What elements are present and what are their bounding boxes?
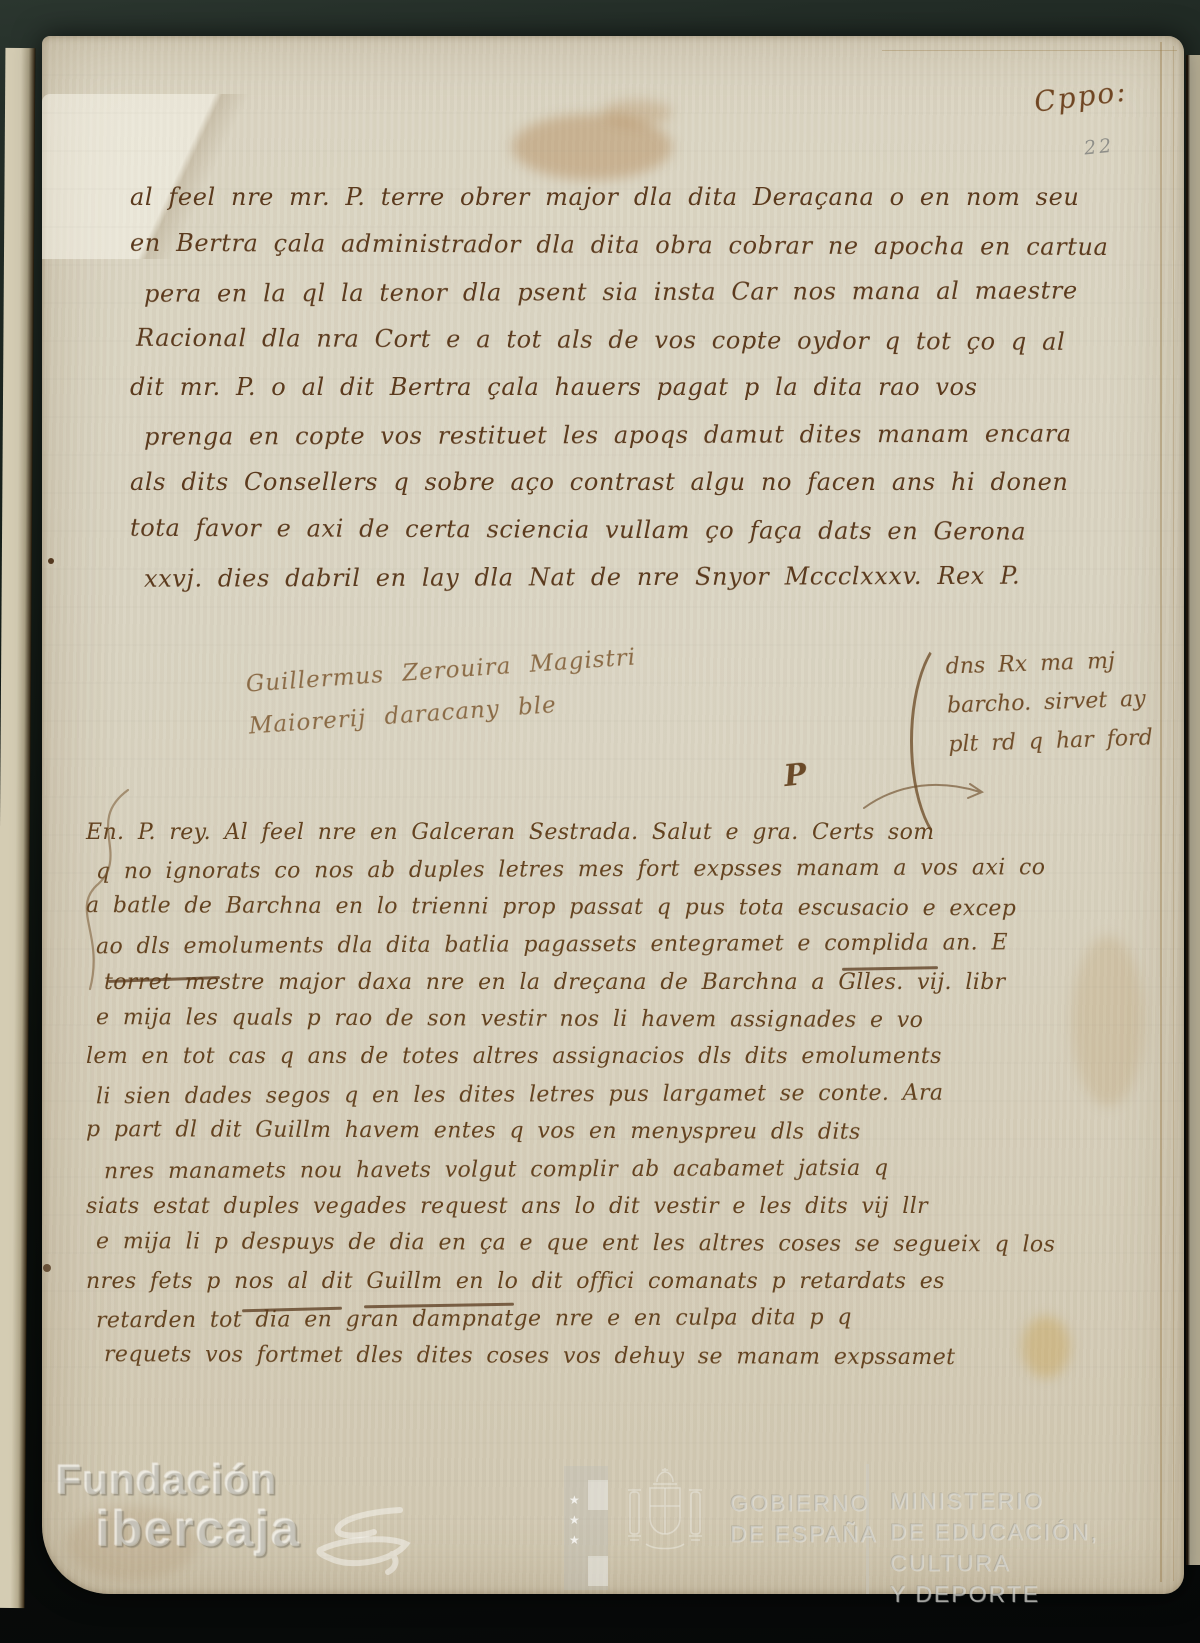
paragraph-1-line: prenga en copte vos restituet les apoqs … xyxy=(130,410,1160,461)
flag-strip-icon: ★★★ xyxy=(564,1466,608,1590)
paragraph-1-line: pera en la ql la tenor dla psent sia ins… xyxy=(130,267,1160,318)
ink-blot xyxy=(43,1264,51,1272)
flag-strip-notch xyxy=(588,1480,608,1510)
ministerio-label: MINISTERIODE EDUCACIÓN, CULTURAY DEPORTE xyxy=(890,1486,1184,1610)
ibercaja-watermark-line2: ibercaja xyxy=(96,1500,301,1558)
paragraph-1-line: dit mr. P. o al dit Bertra çala hauers p… xyxy=(130,364,1160,412)
ministerio-label-line: MINISTERIO xyxy=(890,1486,1184,1517)
photo-background: Cppo: 22 al feel nre mr. P. terre obrer … xyxy=(0,0,1200,1643)
gobierno-label-line: GOBIERNO xyxy=(730,1488,878,1519)
book-page-stack-left xyxy=(0,48,35,1608)
chancery-note-line: plt rd q har ford xyxy=(948,718,1154,764)
paragraph-2-line: requets vos fortmet dles dites coses vos… xyxy=(86,1336,1176,1377)
gobierno-label-line: DE ESPAÑA xyxy=(730,1519,878,1550)
paragraph-2-line: li sien dades segos q en les dites letre… xyxy=(86,1073,1176,1115)
ministerio-label-line: Y DEPORTE xyxy=(890,1579,1184,1610)
paragraph-2-line: lem en tot cas q ans de totes altres ass… xyxy=(86,1038,1176,1075)
paragraph-1-line: en Bertra çala administrador dla dita ob… xyxy=(130,219,1160,271)
ibercaja-logo-icon xyxy=(304,1498,414,1578)
manuscript-page: Cppo: 22 al feel nre mr. P. terre obrer … xyxy=(42,36,1184,1594)
paragraph-2-line: torret mestre major daxa nre en la dreça… xyxy=(86,964,1176,1001)
page-fold-line xyxy=(882,50,1177,51)
ibercaja-watermark-line1: Fundación xyxy=(56,1456,301,1504)
stain xyxy=(602,100,672,126)
margin-flourish xyxy=(70,784,150,1004)
paragraph-2-line: a batle de Barchna en lo trienni prop pa… xyxy=(86,887,1176,928)
folio-number-pencil: 22 xyxy=(1083,134,1115,159)
paraph-mark: P xyxy=(782,757,808,794)
paragraph-2-line: q no ignorats co nos ab duples letres me… xyxy=(86,849,1176,891)
paragraph-2-line: p part dl dit Guillm havem entes q vos e… xyxy=(86,1111,1176,1152)
paragraph-2-line: siats estat duples vegades request ans l… xyxy=(86,1188,1176,1225)
star-icons-line: ★ xyxy=(569,1534,580,1546)
paragraph-2-line: e mija les quals p rao de son vestir nos… xyxy=(86,999,1176,1040)
paragraph-1-line: Racional dla nra Cort e a tot als de vos… xyxy=(130,314,1160,366)
flag-strip-notch xyxy=(588,1556,608,1586)
spain-coat-of-arms-icon xyxy=(620,1466,710,1566)
paragraph-2-line: e mija li p despuys de dia en ça e que e… xyxy=(86,1224,1176,1265)
chancery-note: dns Rx ma mjbarcho. sirvet ayplt rd q ha… xyxy=(945,640,1153,764)
ink-flourish xyxy=(858,776,988,820)
paragraph-2-line: ao dls emoluments dla dita batlia pagass… xyxy=(86,924,1176,966)
chancery-signature: Guillermus Zerouira MagistriMaiorerij da… xyxy=(245,636,641,747)
watermark-divider xyxy=(866,1464,869,1594)
paragraph-2-line: nres manamets nou havets volgut complir … xyxy=(86,1148,1176,1190)
paragraph-2: En. P. rey. Al feel nre en Galceran Sest… xyxy=(86,814,1176,1375)
paragraph-1-line: als dits Consellers q sobre aço contrast… xyxy=(130,459,1160,507)
ministerio-label-line: DE EDUCACIÓN, CULTURA xyxy=(890,1517,1184,1579)
star-icons: ★★★ xyxy=(569,1494,580,1546)
ink-blot xyxy=(48,558,54,564)
paragraph-1-line: xxvj. dies dabril en lay dla Nat de nre … xyxy=(130,552,1160,603)
paragraph-2-line: nres fets p nos al dit Guillm en lo dit … xyxy=(86,1263,1176,1300)
archival-mark: Cppo: xyxy=(1032,74,1129,118)
paragraph-2-line: retarden tot dia en gran dampnatge nre e… xyxy=(86,1298,1176,1340)
star-icons-line: ★ xyxy=(569,1514,580,1526)
ibercaja-watermark: Fundación ibercaja xyxy=(56,1456,301,1558)
paragraph-1: al feel nre mr. P. terre obrer major dla… xyxy=(130,174,1160,602)
paragraph-2-line: En. P. rey. Al feel nre en Galceran Sest… xyxy=(86,814,1176,851)
star-icons-line: ★ xyxy=(569,1494,580,1506)
paragraph-1-line: tota favor e axi de certa sciencia vulla… xyxy=(130,504,1160,556)
paragraph-1-line: al feel nre mr. P. terre obrer major dla… xyxy=(130,174,1160,222)
gobierno-label: GOBIERNODE ESPAÑA xyxy=(730,1488,878,1550)
book-page-stack-right xyxy=(1186,55,1200,1565)
